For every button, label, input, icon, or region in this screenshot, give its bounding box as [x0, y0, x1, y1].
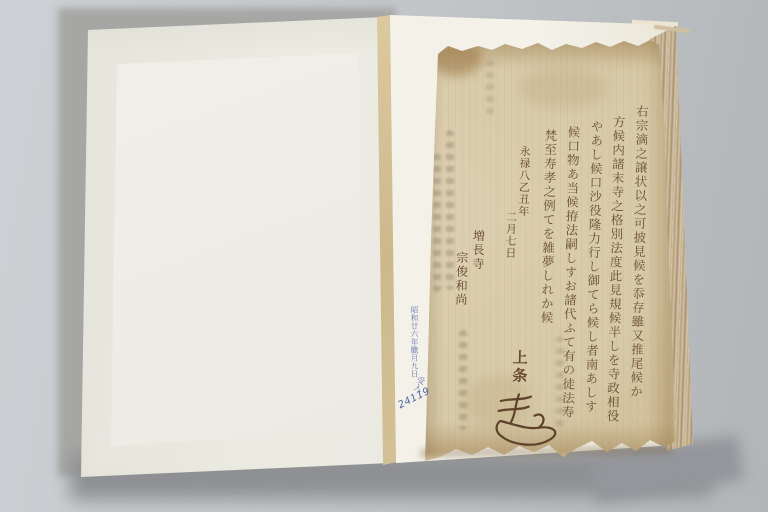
manuscript-column: 右宗滴之譲状以之可披見候を忝存雖又推尾候か	[629, 105, 648, 399]
manuscript-column: やあし候口沙役隆力行し御てら候し者南あしす	[584, 120, 603, 414]
manuscript-column: 候口物あ当候拵法嗣しすお諸代ふて有の徒法寿	[560, 125, 579, 419]
date-day-line: 二月七日	[505, 211, 517, 259]
manuscript-column: 梵至寿孝之例てを雑夢しれか候	[539, 129, 556, 325]
date-era-line: 永禄八乙丑年	[518, 145, 531, 217]
kao-monogram-icon	[488, 391, 563, 449]
monk-name-line: 宗俊和尚	[455, 251, 468, 307]
photo-of-open-manuscript-book: 右宗滴之譲状以之可披見候を忝存雖又推尾候か 方候内諸末寺之格別法度此見規候半しを…	[0, 0, 768, 512]
signature-name: 上条	[511, 349, 527, 385]
accession-stamp-date: 昭和廿六年臘月九日	[409, 306, 420, 378]
temple-name-line: 増長寺	[472, 229, 485, 271]
manuscript-column: 方候内諸末寺之格別法度此見規候半しを寺政相役	[605, 115, 624, 423]
